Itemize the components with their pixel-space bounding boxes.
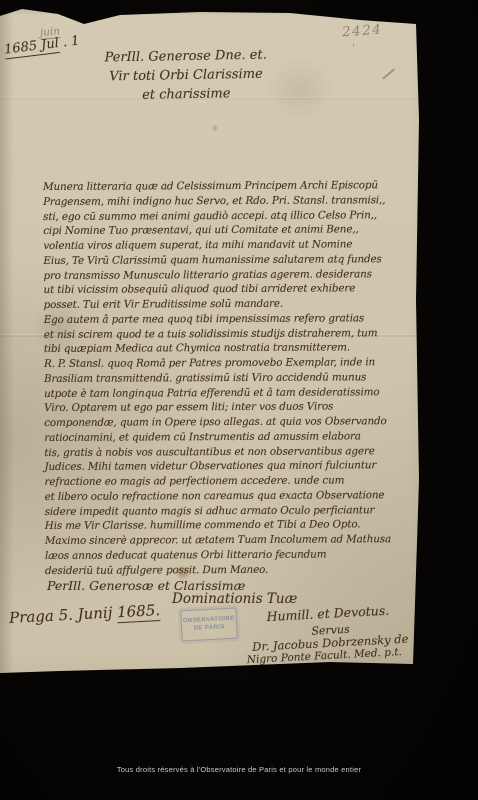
signature-block: Humill. et Devotus.ServusDr. Jacobus Dob… [248,601,441,680]
pencil-tick-mark: ' [352,43,355,54]
manuscript-page: juin 1685 Jul . 1 2424 ' PerIll. Generos… [0,0,478,800]
observatoire-stamp: OBSERVATOIRE DE PARIS [180,608,238,642]
handwriting-line: Maximo sincerè apprecor. ut ætatem Tuam … [45,532,419,549]
handwriting-line: et nisi scirem quod te a tuis solidissim… [44,326,418,343]
letter-salutation: PerIll. Generose Dne. et.Vir toti Orbi C… [100,46,273,106]
closing-dominationis: Dominationis Tuæ [172,591,297,607]
stamp-line-2: DE PARIS [193,624,224,633]
handwriting-line: Pragensem, mihi indigno huc Servo, et Rd… [43,193,417,210]
handwriting-line: sidere impedit quanto magis si adhuc arm… [45,503,419,520]
letter-body: Munera litteraria quæ ad Celsissimum Pri… [43,178,419,578]
pencil-slash-mark [382,68,395,79]
folio-number: 2424 [341,22,382,41]
salutation-line: Vir toti Orbi Clarissime [100,65,272,87]
handwriting-line: Eius, Te Virū Clarissimū quam humanissim… [43,252,417,269]
ink-date-underlined: 1685 Jul [3,36,60,60]
handwriting-line: Munera litteraria quæ ad Celsissimum Pri… [43,178,417,195]
handwriting-line: Ego autem â parte mea quoq tibi impensis… [44,311,418,328]
handwriting-line: R. P. Stansl. quoq Româ per Patres promo… [44,355,418,372]
handwriting-line: Judices. Mihi tamen videtur Observatione… [44,458,418,475]
handwriting-line: componendæ, quam in Opere ipso allegas. … [44,414,418,431]
salutation-line: et charissime [100,83,272,105]
handwriting-line: Brasiliam transmittendū. gratissimū isti… [44,370,418,387]
handwriting-line: sti, ego cū summo mei animi gaudiò accep… [43,208,417,225]
dateline: Praga 5. Junij 1685. [9,601,161,627]
ink-date-annotation: 1685 Jul . 1 [3,33,80,57]
copyright-caption: Tous droits réservés à l'Observatoire de… [0,765,478,774]
handwriting-line: pro transmisso Munusculo litterario grat… [43,267,417,284]
ink-date-suffix: . 1 [58,33,80,50]
photo-backdrop: juin 1685 Jul . 1 2424 ' PerIll. Generos… [0,0,478,800]
handwriting-line: utpote è tam longinqua Patria efferendū … [44,385,418,402]
dateline-year: 1685. [117,601,161,623]
handwriting-line: et libero oculo refractione non careamus… [45,488,419,505]
dateline-place: Praga 5. Junij [9,603,118,627]
handwriting-line: desideriū tuū affulgere possit. Dum Mane… [45,562,419,579]
